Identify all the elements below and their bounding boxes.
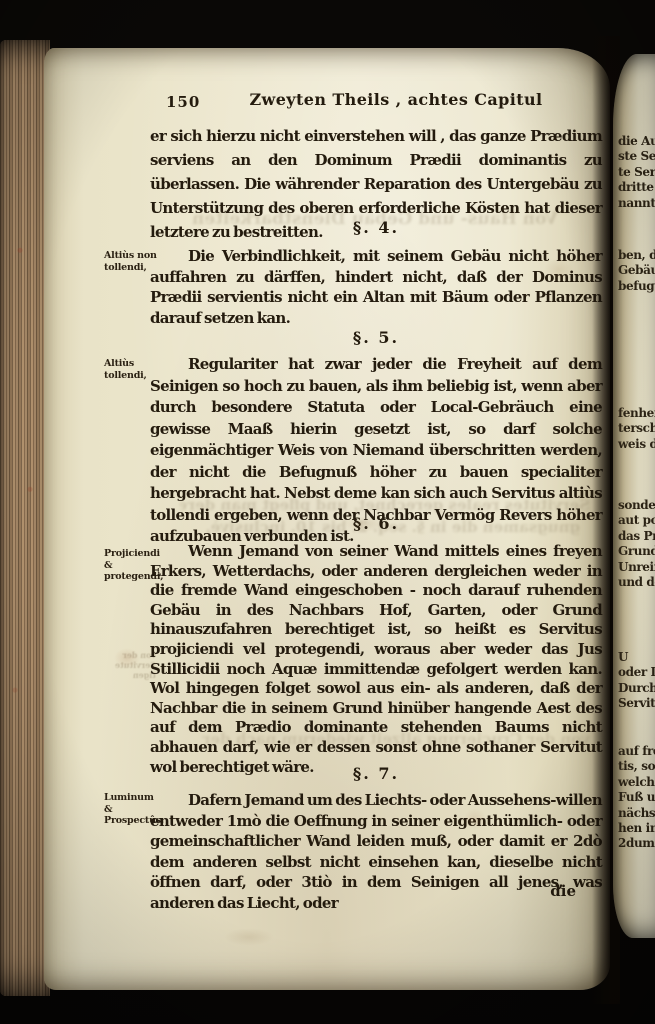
facing-page-line: ben, d xyxy=(618,248,655,263)
book-page-right-sliver: die Au ste Ser te Ser dritte nannt. ben,… xyxy=(613,54,655,938)
facing-page-line: terschie xyxy=(618,421,655,436)
facing-page-line: aut po xyxy=(618,513,655,528)
facing-page-line: nächst xyxy=(618,806,655,821)
facing-page-line: sonderh xyxy=(618,498,655,513)
paper-stain xyxy=(114,648,140,668)
page-number: 150 xyxy=(166,93,200,111)
facing-page-line: oder D xyxy=(618,665,655,680)
section-heading-7: §. 7. xyxy=(150,764,602,784)
section-body-6: Wenn Jemand von seiner Wand mittels eine… xyxy=(150,542,602,777)
facing-page-line: auf fren xyxy=(618,744,655,759)
section-heading-4: §. 4. xyxy=(150,218,602,238)
facing-page-line: Gebäu xyxy=(618,263,655,278)
facing-page-line: die Au xyxy=(618,134,655,149)
facing-page-lines: die Au ste Ser te Ser dritte nannt. xyxy=(618,134,655,211)
section-body-7: Dafern Jemand um des Liechts- oder Ausse… xyxy=(150,790,602,913)
facing-page-line: U xyxy=(618,650,655,665)
facing-page-line: und der xyxy=(618,575,655,590)
page-content: Von Haus- und Gebäu Dienstbarkeiten Serv… xyxy=(150,90,602,970)
facing-page-line: das Pri xyxy=(618,529,655,544)
facing-page-lines: fenheit terschie weis d xyxy=(618,406,655,452)
section-body-4: Die Verbindlichkeit, mit seinem Gebäu ni… xyxy=(150,246,602,328)
facing-page-line: hen in xyxy=(618,821,655,836)
book-page-left: Von Haus- und Gebäu Dienstbarkeiten Serv… xyxy=(44,48,610,990)
facing-page-line: Durchf xyxy=(618,681,655,696)
catchword: die xyxy=(550,882,576,900)
facing-page-line: Servitus xyxy=(618,696,655,711)
facing-page-line: fenheit xyxy=(618,406,655,421)
facing-page-line: welche xyxy=(618,775,655,790)
facing-page-line: ste Ser xyxy=(618,149,655,164)
page-stack-fore-edge xyxy=(0,40,50,996)
facing-page-line: nannt. xyxy=(618,196,655,211)
facing-page-line: Grund xyxy=(618,544,655,559)
facing-page-line: weis d xyxy=(618,437,655,452)
bleed-through-text: von der Servitute tigen xyxy=(104,650,156,680)
facing-page-lines: auf fren tis, son welche Fuß un nächst h… xyxy=(618,744,655,852)
book-scan: Von Haus- und Gebäu Dienstbarkeiten Serv… xyxy=(0,0,655,1024)
page-header: 150 Zweyten Theils , achtes Capitul xyxy=(150,90,602,112)
facing-page-line: 2dum K xyxy=(618,836,655,851)
facing-page-line: befugt xyxy=(618,279,655,294)
facing-page-line: Unreini xyxy=(618,560,655,575)
section-heading-6: §. 6. xyxy=(150,514,602,534)
facing-page-line: dritte xyxy=(618,180,655,195)
section-heading-5: §. 5. xyxy=(150,328,602,348)
running-title: Zweyten Theils , achtes Capitul xyxy=(210,90,582,110)
facing-page-lines: ben, d Gebäu befugt xyxy=(618,248,655,294)
facing-page-line: te Ser xyxy=(618,165,655,180)
facing-page-lines: sonderh aut po das Pri Grund Unreini und… xyxy=(618,498,655,590)
facing-page-line: Fuß un xyxy=(618,790,655,805)
facing-page-lines: U oder D Durchf Servitus xyxy=(618,650,655,712)
facing-page-line: tis, son xyxy=(618,759,655,774)
